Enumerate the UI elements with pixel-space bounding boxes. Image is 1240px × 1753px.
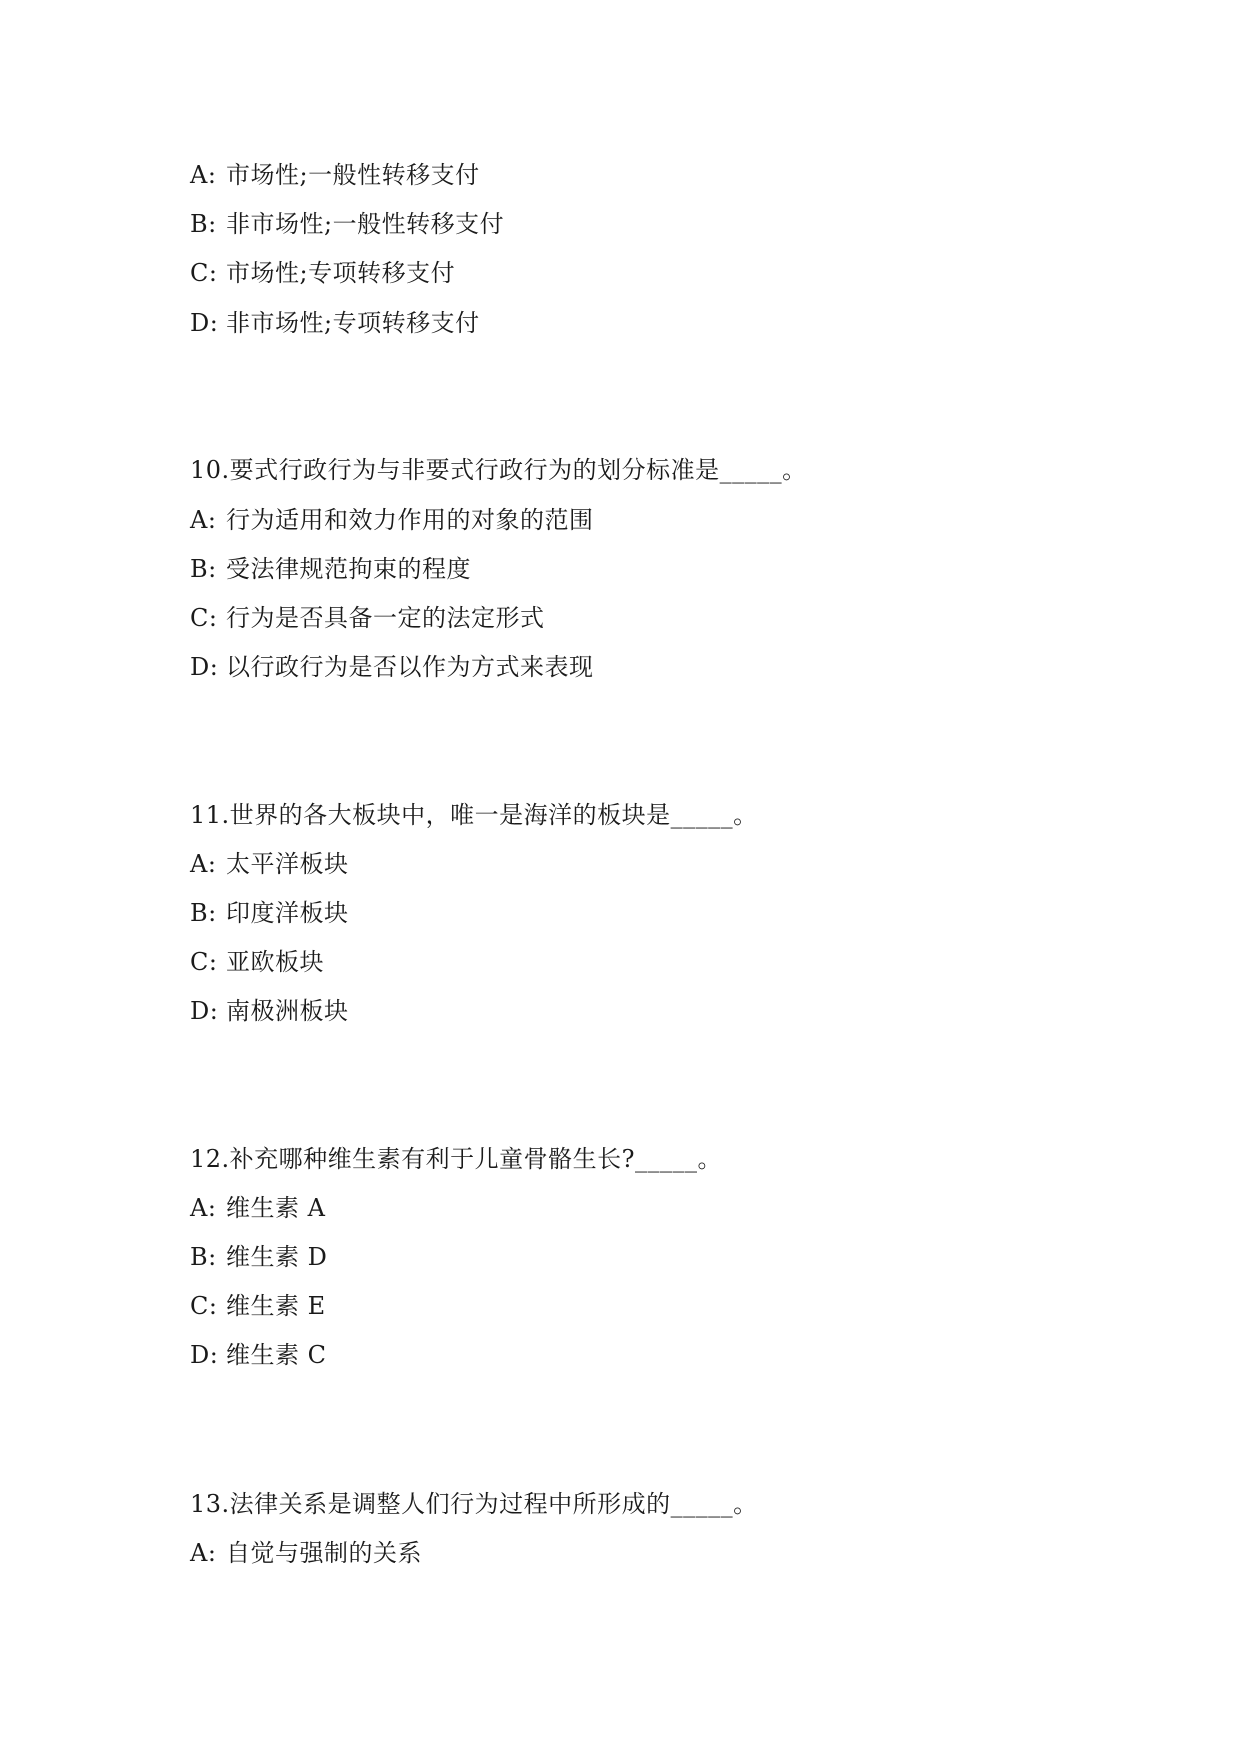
option-text: 市场性;专项转移支付 <box>226 259 455 287</box>
option-letter: D: <box>190 1340 226 1370</box>
option-text: 市场性;一般性转移支付 <box>226 161 480 189</box>
option-text: 行为是否具备一定的法定形式 <box>226 604 545 632</box>
option-b: B:印度洋板块 <box>190 898 349 928</box>
option-b: B:受法律规范拘束的程度 <box>190 554 471 584</box>
option-a: A:自觉与强制的关系 <box>190 1538 422 1568</box>
option-letter: C: <box>190 603 226 633</box>
option-text: 维生素 D <box>226 1243 327 1271</box>
option-text: 受法律规范拘束的程度 <box>226 555 471 583</box>
question-12: 12.补充哪种维生素有利于儿童骨骼生长?_____。 <box>190 1144 722 1174</box>
question-11: 11.世界的各大板块中，唯一是海洋的板块是_____。 <box>190 800 758 830</box>
option-text: 维生素 A <box>226 1194 325 1222</box>
option-d: D:南极洲板块 <box>190 996 349 1026</box>
option-letter: A: <box>190 160 226 190</box>
option-letter: C: <box>190 258 226 288</box>
option-a: A:行为适用和效力作用的对象的范围 <box>190 505 594 535</box>
option-c: C:维生素 E <box>190 1291 326 1321</box>
option-text: 亚欧板块 <box>226 948 324 976</box>
option-letter: A: <box>190 1538 226 1568</box>
option-letter: A: <box>190 505 226 535</box>
option-letter: C: <box>190 1291 226 1321</box>
option-text: 南极洲板块 <box>226 997 349 1025</box>
option-letter: A: <box>190 849 226 879</box>
option-letter: D: <box>190 308 226 338</box>
option-letter: D: <box>190 652 226 682</box>
question-13: 13.法律关系是调整人们行为过程中所形成的_____。 <box>190 1489 758 1519</box>
option-text: 非市场性;专项转移支付 <box>226 309 480 337</box>
option-d: D:以行政行为是否以作为方式来表现 <box>190 652 594 682</box>
option-a: A:太平洋板块 <box>190 849 349 879</box>
option-letter: B: <box>190 554 226 584</box>
option-text: 以行政行为是否以作为方式来表现 <box>226 653 594 681</box>
option-letter: B: <box>190 1242 226 1272</box>
option-text: 非市场性;一般性转移支付 <box>226 210 504 238</box>
option-b: B:非市场性;一般性转移支付 <box>190 209 504 239</box>
option-text: 太平洋板块 <box>226 850 349 878</box>
option-b: B:维生素 D <box>190 1242 327 1272</box>
option-a: A:维生素 A <box>190 1193 325 1223</box>
option-text: 印度洋板块 <box>226 899 349 927</box>
document-page: A:市场性;一般性转移支付 B:非市场性;一般性转移支付 C:市场性;专项转移支… <box>0 0 1240 1753</box>
option-letter: D: <box>190 996 226 1026</box>
option-c: C:亚欧板块 <box>190 947 324 977</box>
option-a: A:市场性;一般性转移支付 <box>190 160 480 190</box>
option-letter: B: <box>190 209 226 239</box>
option-letter: C: <box>190 947 226 977</box>
option-letter: B: <box>190 898 226 928</box>
option-c: C:市场性;专项转移支付 <box>190 258 455 288</box>
option-text: 维生素 C <box>226 1341 327 1369</box>
option-d: D:维生素 C <box>190 1340 327 1370</box>
option-text: 自觉与强制的关系 <box>226 1539 422 1567</box>
option-c: C:行为是否具备一定的法定形式 <box>190 603 545 633</box>
option-text: 维生素 E <box>226 1292 326 1320</box>
option-d: D:非市场性;专项转移支付 <box>190 308 480 338</box>
question-10: 10.要式行政行为与非要式行政行为的划分标准是_____。 <box>190 455 807 485</box>
option-text: 行为适用和效力作用的对象的范围 <box>226 506 594 534</box>
option-letter: A: <box>190 1193 226 1223</box>
